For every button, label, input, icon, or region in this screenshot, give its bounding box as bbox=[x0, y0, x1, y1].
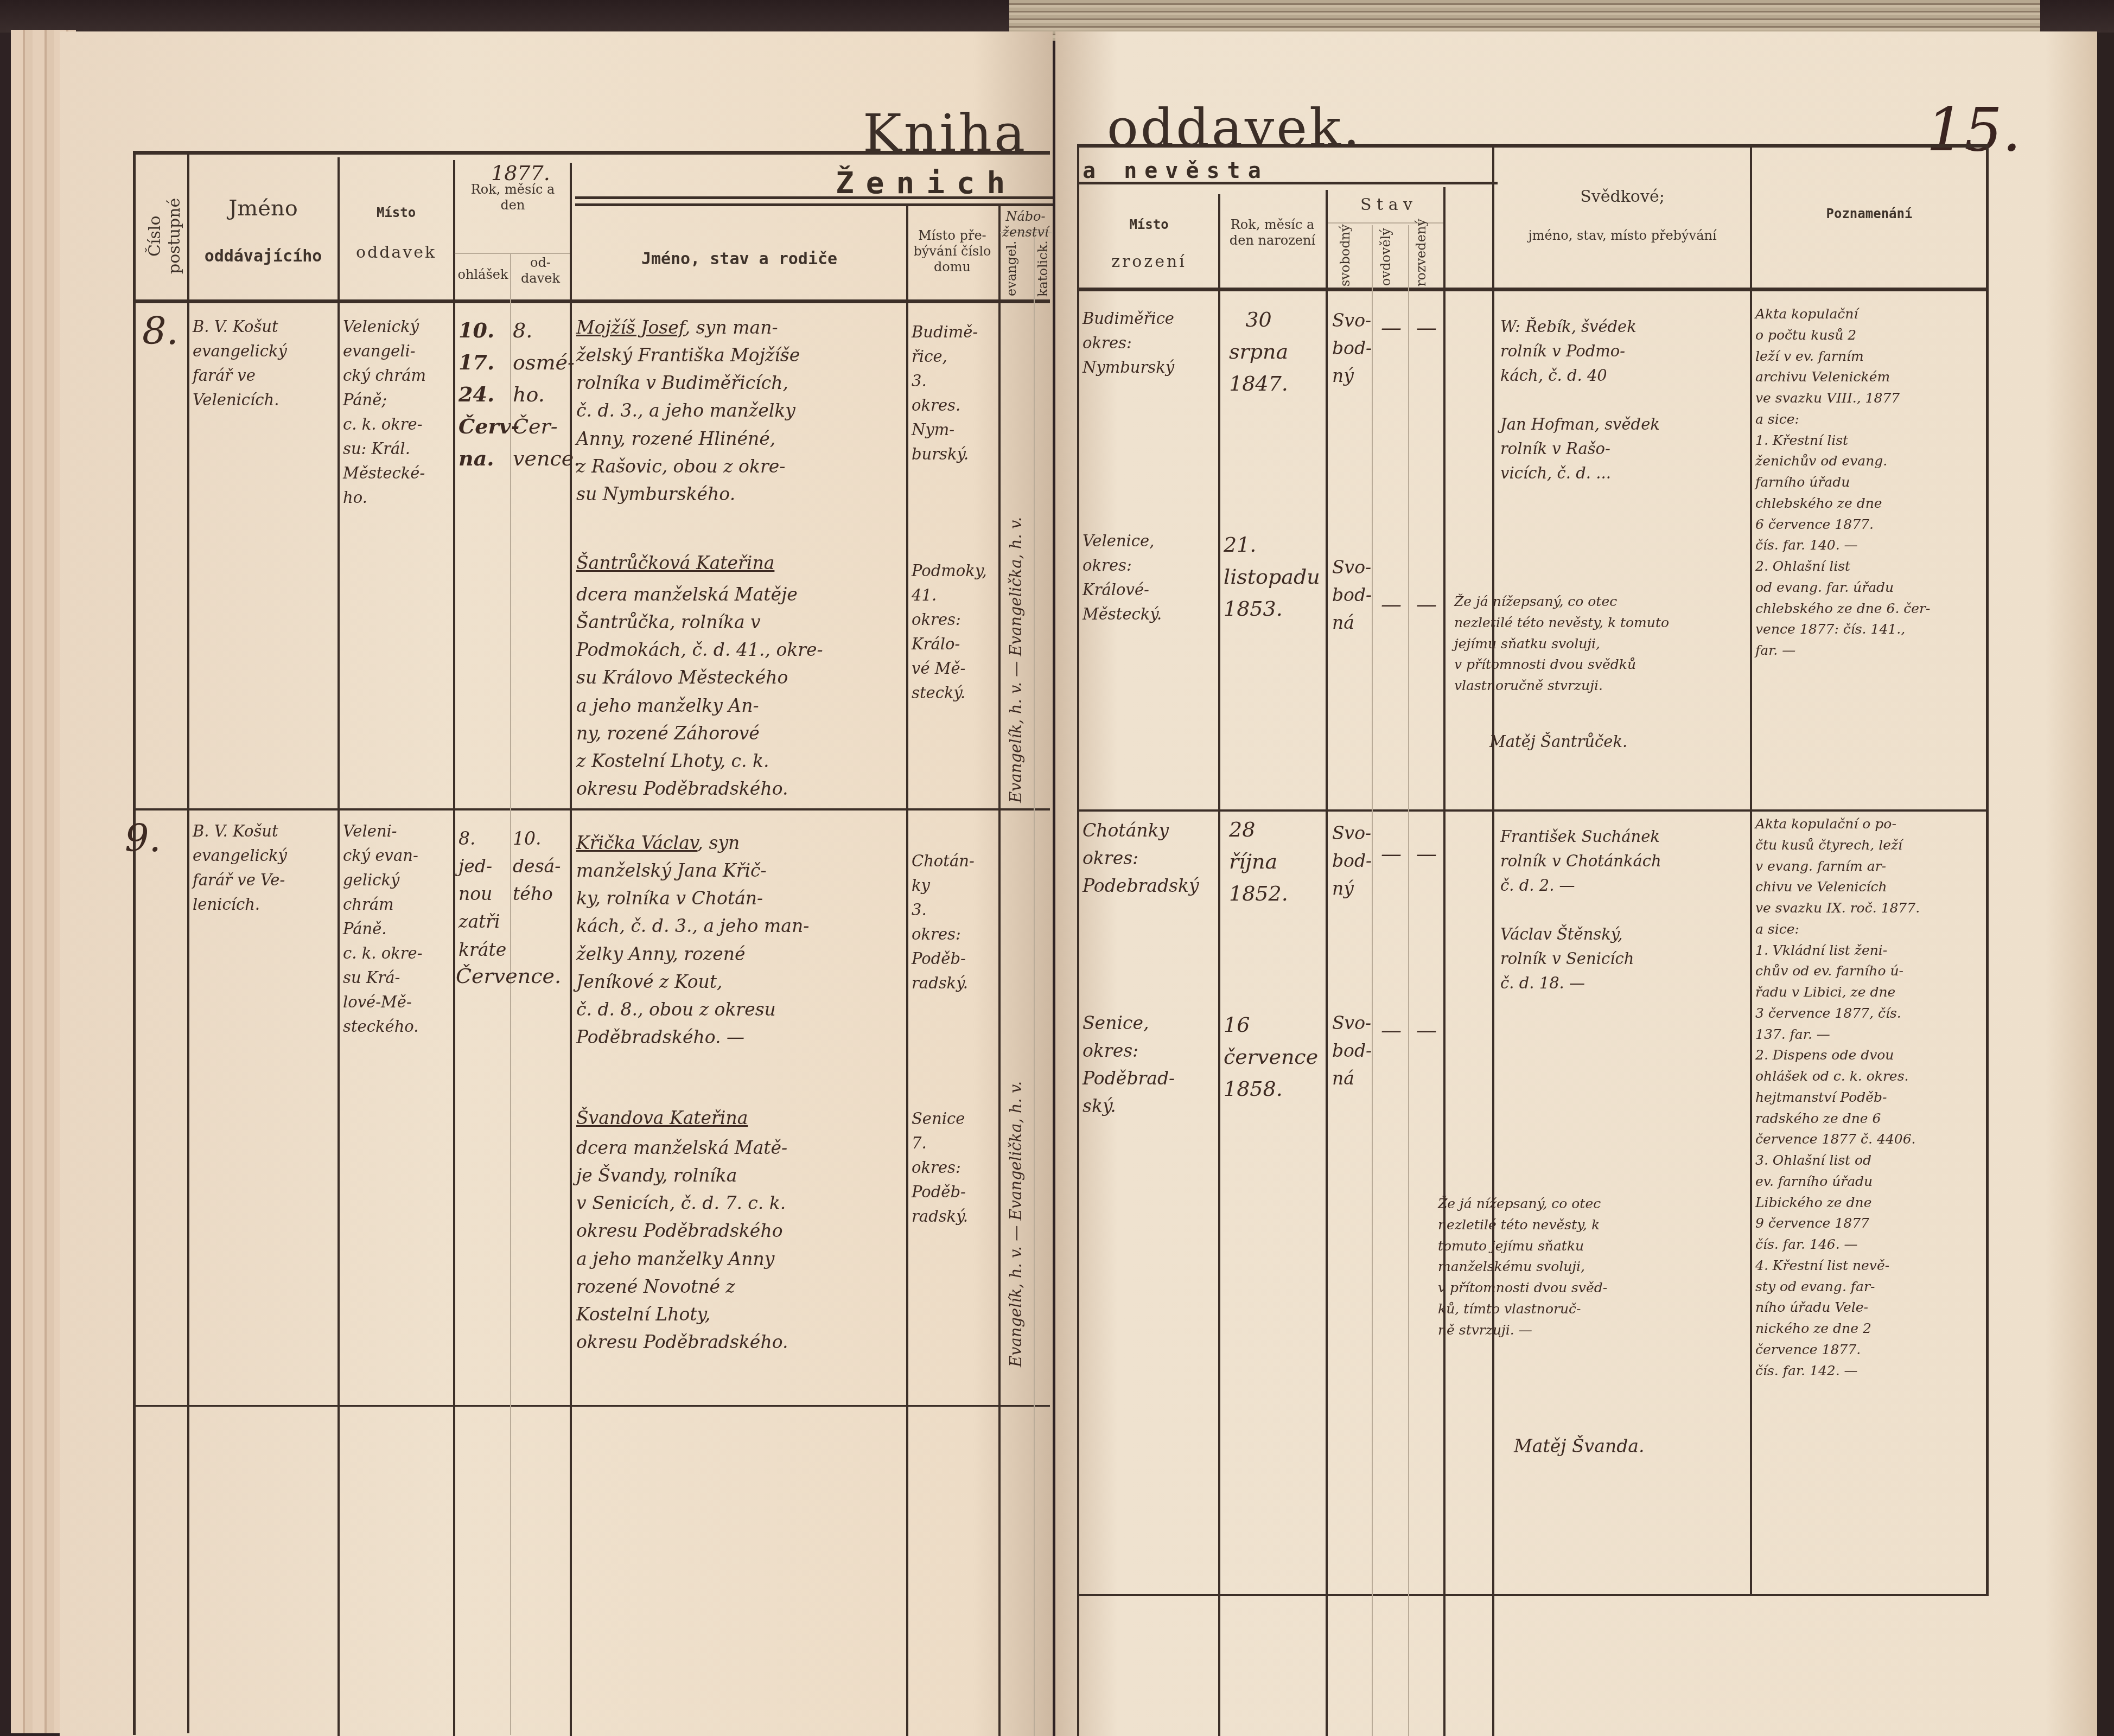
rule bbox=[133, 151, 1050, 155]
header-jmeno-stav-rodice: Jméno, stav a rodiče bbox=[572, 250, 906, 269]
entry-number: 9. bbox=[125, 819, 161, 857]
bride-text: dcera manželská Matěje Šantrůčka, rolník… bbox=[576, 580, 907, 802]
ovdovely-dash: — bbox=[1381, 589, 1402, 621]
col bbox=[1218, 194, 1220, 1736]
header-ohlasek: ohlášek bbox=[455, 267, 511, 283]
col bbox=[1986, 144, 1989, 1596]
consent-signature: Matěj Šantrůček. bbox=[1489, 730, 1627, 754]
ovdovely-dash: — bbox=[1381, 1014, 1402, 1046]
wedding-place: Veleni- cký evan- gelický chrám Páně. c.… bbox=[343, 819, 423, 1038]
officiant: B. V. Košut evangelický farář ve Velenic… bbox=[193, 315, 287, 412]
bride-birthdate: 16 července 1858. bbox=[1224, 1009, 1318, 1105]
wedding-place: Velenický evangeli- cký chrám Páně; c. k… bbox=[343, 315, 426, 510]
col bbox=[187, 155, 189, 1733]
rule bbox=[1077, 1594, 1989, 1596]
bride-residence: Podmoky, 41. okres: Králo- vé Mě- stecký… bbox=[912, 559, 987, 705]
ovdovely-dash: — bbox=[1381, 312, 1402, 344]
banns-dates: 10. 17. 24. Červ- na. bbox=[459, 315, 519, 474]
groom-block: Mojžíš Josef, syn man- želský Františka … bbox=[576, 314, 907, 508]
header-jmeno: Jméno bbox=[190, 195, 336, 221]
rule bbox=[575, 203, 1053, 206]
header-oddavajiciho: oddávajícího bbox=[190, 247, 336, 266]
religion: Evangelík, h. v. — Evangelička, h. v. bbox=[1004, 825, 1028, 1367]
banner-zenich: Ženich bbox=[836, 165, 1017, 201]
bride-birthplace: Senice, okres: Poděbrad- ský. bbox=[1083, 1009, 1175, 1120]
header-stav: S t a v bbox=[1329, 195, 1443, 215]
entry-number: 8. bbox=[142, 312, 179, 350]
page-number: 15. bbox=[1926, 95, 2021, 164]
consent-statement: Že já nížepsaný, co otec nezletilé této … bbox=[1438, 1193, 1607, 1341]
bride-name: Šantrůčková Kateřina bbox=[576, 549, 774, 577]
groom-text: , syn man- želský Františka Mojžíše roln… bbox=[576, 317, 800, 505]
religion: Evangelík, h. v. — Evangelička, h. v. bbox=[1004, 304, 1028, 803]
col bbox=[1750, 146, 1752, 1595]
col bbox=[133, 151, 136, 1735]
witnesses: W: Řebík, švédek rolník v Podmo- kách, č… bbox=[1500, 315, 1660, 486]
header-katolick: katolick. bbox=[1035, 239, 1052, 298]
notes: Akta kopulační o počtu kusů 2 leží v ev.… bbox=[1755, 304, 1931, 661]
header-oddavek-date: od- davek bbox=[512, 255, 569, 286]
groom-birthplace: Chotánky okres: Podebradský bbox=[1083, 816, 1199, 899]
officiant: B. V. Košut evangelický farář ve Ve- len… bbox=[193, 819, 287, 917]
banns-dates: 8. jed- nou zatři kráte bbox=[459, 825, 506, 963]
header-rok-mesic-den: Rok, měsíc a den bbox=[459, 182, 567, 213]
rule bbox=[133, 1405, 1050, 1407]
rozvedeny-dash: — bbox=[1416, 1014, 1437, 1046]
bride-birthplace: Velenice, okres: Králové- Městecký. bbox=[1083, 529, 1162, 627]
header-svobodny: svobodný bbox=[1338, 228, 1365, 286]
col bbox=[1443, 187, 1446, 1736]
rule bbox=[1077, 144, 1989, 148]
groom-text: , syn manželský Jana Křič- ky, rolníka v… bbox=[576, 832, 809, 1048]
rozvedeny-dash: — bbox=[1416, 838, 1437, 870]
header-misto: Místo bbox=[340, 205, 453, 221]
header-rozvedeny: rozvedený bbox=[1413, 228, 1438, 286]
header-ovdovely: ovdovělý bbox=[1378, 228, 1403, 286]
header-svedkove: Svědkové; bbox=[1495, 187, 1750, 207]
groom-name: Křička Václav bbox=[576, 832, 698, 853]
col bbox=[998, 206, 1001, 1736]
witnesses: František Suchánek rolník v Chotánkách č… bbox=[1500, 825, 1661, 995]
col bbox=[453, 160, 455, 1736]
bride-name: Švandova Kateřina bbox=[576, 1104, 748, 1132]
header-narozeni: Rok, měsíc a den narození bbox=[1221, 217, 1324, 248]
col bbox=[338, 157, 340, 1736]
groom-residence: Chotán- ky 3. okres: Poděb- radský. bbox=[912, 849, 975, 995]
rule-thin bbox=[455, 253, 570, 254]
header-oddavek: oddavek bbox=[340, 243, 453, 263]
bride-residence: Senice 7. okres: Poděb- radský. bbox=[912, 1107, 968, 1229]
groom-name: Mojžíš Josef bbox=[576, 317, 685, 338]
col-thin bbox=[1034, 233, 1035, 1736]
wedding-month: Července. bbox=[456, 960, 561, 992]
header-svedkove-sub: jméno, stav, místo přebývání bbox=[1495, 228, 1750, 244]
rozvedeny-dash: — bbox=[1416, 312, 1437, 344]
col-thin bbox=[1372, 225, 1373, 1736]
groom-status: Svo- bod- ný bbox=[1332, 819, 1372, 902]
groom-birthplace: Budiměřice okres: Nymburský bbox=[1083, 307, 1174, 380]
col bbox=[1077, 144, 1079, 1736]
rule bbox=[1077, 288, 1989, 291]
title-right: oddavek. bbox=[1107, 98, 1362, 158]
groom-residence: Budimě- řice, 3. okres. Nym- burský. bbox=[912, 320, 978, 467]
bride-status: Svo- bod- ná bbox=[1332, 1009, 1372, 1092]
bride-text: dcera manželská Matě- je Švandy, rolníka… bbox=[576, 1134, 907, 1356]
wedding-date: 10. desá- tého bbox=[513, 825, 561, 908]
consent-signature: Matěj Švanda. bbox=[1514, 1432, 1644, 1460]
col-thin bbox=[1408, 225, 1409, 1736]
bride-status: Svo- bod- ná bbox=[1332, 553, 1372, 636]
header-misto-zrozeni: Místo bbox=[1080, 217, 1218, 233]
banner-nevesta: a nevěsta bbox=[1083, 158, 1269, 183]
rule bbox=[133, 299, 1050, 303]
row-divider bbox=[1077, 809, 1989, 812]
groom-birthdate: 28 října 1852. bbox=[1229, 814, 1288, 910]
groom-birthdate: 30 srpna 1847. bbox=[1229, 304, 1288, 400]
consent-statement: Že já nížepsaný, co otec nezletilé této … bbox=[1454, 591, 1669, 697]
header-poznamenani: Poznamenání bbox=[1753, 206, 1986, 222]
title-left: Kniha bbox=[863, 103, 1027, 164]
row-divider bbox=[133, 808, 1050, 810]
header-evangel: evangel. bbox=[1004, 239, 1031, 298]
col bbox=[1326, 190, 1328, 1736]
groom-block: Křička Václav, syn manželský Jana Křič- … bbox=[576, 829, 907, 1051]
header-nabozenstvi: Nábo- ženství bbox=[1001, 209, 1050, 240]
groom-status: Svo- bod- ný bbox=[1332, 307, 1372, 390]
rozvedeny-dash: — bbox=[1416, 589, 1437, 621]
col-thin bbox=[510, 254, 511, 1735]
header-zrozeni: zrození bbox=[1080, 252, 1218, 272]
bride-birthdate: 21. listopadu 1853. bbox=[1224, 529, 1320, 625]
wedding-date: 8. osmé- ho. Čer- vence. bbox=[513, 315, 580, 474]
col bbox=[1492, 146, 1494, 1736]
book-cover-right bbox=[2097, 33, 2114, 1736]
notes: Akta kopulační o po- čtu kusů čtyrech, l… bbox=[1755, 814, 1920, 1381]
ovdovely-dash: — bbox=[1381, 838, 1402, 870]
header-cislo-postupne: Číslo postupné bbox=[145, 179, 178, 293]
header-misto-prebyvani: Místo pře- bývání číslo domu bbox=[909, 228, 996, 275]
